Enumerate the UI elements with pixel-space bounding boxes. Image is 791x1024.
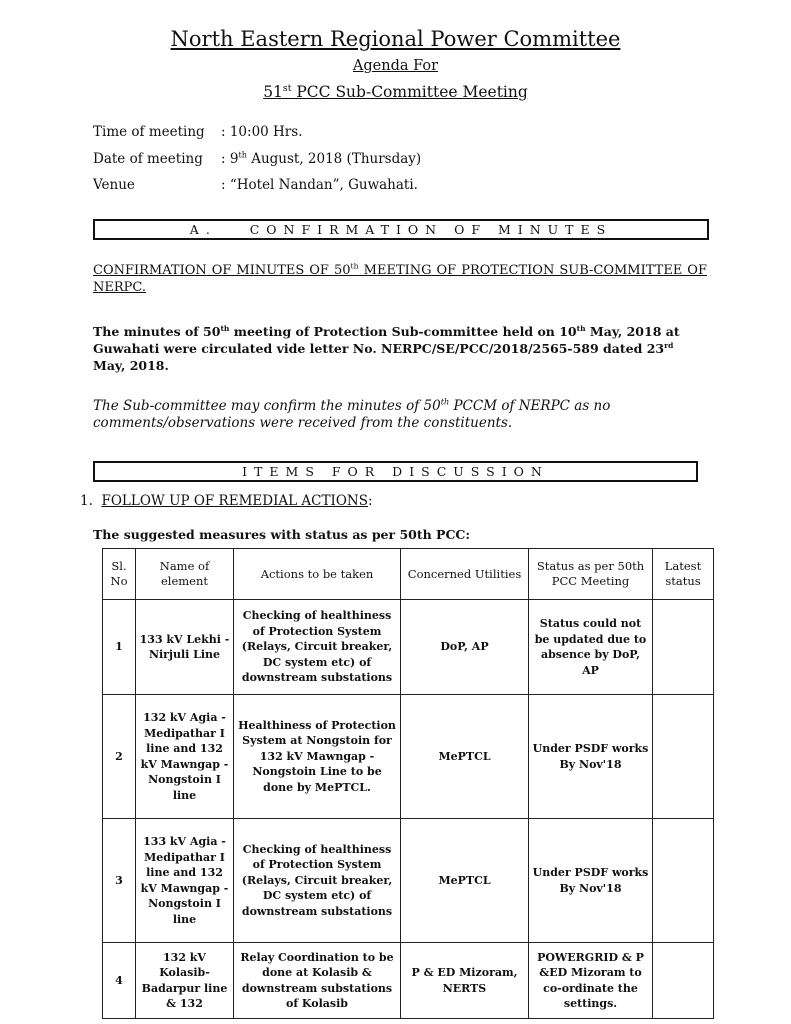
cell-latest <box>653 600 714 695</box>
document-title: North Eastern Regional Power Committee <box>0 26 791 52</box>
cell-utilities: MePTCL <box>401 695 529 819</box>
cell-sl: 1 <box>103 600 136 695</box>
table-row: 3 133 kV Agia - Medipathar I line and 13… <box>103 819 714 943</box>
cell-status: Under PSDF works By Nov'18 <box>529 695 653 819</box>
title-text: North Eastern Regional Power Committee <box>171 27 621 51</box>
header-latest-status: Latest status <box>653 549 714 600</box>
date-rest: August, 2018 (Thursday) <box>247 151 421 167</box>
cell-sl: 2 <box>103 695 136 819</box>
measures-intro: The suggested measures with status as pe… <box>93 526 470 543</box>
item-title: FOLLOW UP OF REMEDIAL ACTIONS <box>101 493 367 509</box>
para-sup-2: th <box>577 324 586 333</box>
items-for-discussion-heading: ITEMS FOR DISCUSSION <box>93 461 698 482</box>
header-actions: Actions to be taken <box>234 549 401 600</box>
meeting-title-text: 51st PCC Sub-Committee Meeting <box>263 83 528 101</box>
confirmation-subheading: CONFIRMATION OF MINUTES OF 50th MEETING … <box>93 262 707 296</box>
remedial-actions-table: Sl. No Name of element Actions to be tak… <box>102 548 714 1019</box>
header-element: Name of element <box>136 549 234 600</box>
time-value: : 10:00 Hrs. <box>221 124 302 140</box>
venue-value: : “Hotel Nandan”, Guwahati. <box>221 177 418 193</box>
para-sup-3: rd <box>664 341 673 350</box>
cell-action: Checking of healthiness of Protection Sy… <box>234 819 401 943</box>
subheading-suffix: th <box>351 262 359 271</box>
meeting-number: 51 <box>263 83 283 101</box>
para-text-4: May, 2018. <box>93 358 169 373</box>
confirmation-note: The Sub-committee may confirm the minute… <box>93 398 707 432</box>
time-label: Time of meeting <box>93 123 221 141</box>
cell-action: Checking of healthiness of Protection Sy… <box>234 600 401 695</box>
header-sl-no: Sl. No <box>103 549 136 600</box>
table-row: 2 132 kV Agia - Medipathar I line and 13… <box>103 695 714 819</box>
table-row: 4 132 kV Kolasib-Badarpur line & 132 Rel… <box>103 943 714 1019</box>
note-text-1: The Sub-committee may confirm the minute… <box>93 398 441 414</box>
cell-sl: 3 <box>103 819 136 943</box>
cell-status: POWERGRID & P &ED Mizoram to co-ordinate… <box>529 943 653 1019</box>
cell-latest <box>653 695 714 819</box>
item-colon: : <box>368 493 373 509</box>
meeting-title: 51st PCC Sub-Committee Meeting <box>0 82 791 102</box>
table-header-row: Sl. No Name of element Actions to be tak… <box>103 549 714 600</box>
item-1-heading: 1. FOLLOW UP OF REMEDIAL ACTIONS: <box>80 492 373 510</box>
date-value: : 9 <box>221 151 238 167</box>
cell-utilities: P & ED Mizoram, NERTS <box>401 943 529 1019</box>
cell-status: Under PSDF works By Nov'18 <box>529 819 653 943</box>
cell-action: Healthiness of Protection System at Nong… <box>234 695 401 819</box>
venue-label: Venue <box>93 176 221 194</box>
meta-date: Date of meeting: 9th August, 2018 (Thurs… <box>93 150 421 168</box>
cell-action: Relay Coordination to be done at Kolasib… <box>234 943 401 1019</box>
note-sup: th <box>441 397 449 407</box>
cell-sl: 4 <box>103 943 136 1019</box>
date-label: Date of meeting <box>93 150 221 168</box>
cell-utilities: MePTCL <box>401 819 529 943</box>
cell-element: 133 kV Lekhi - Nirjuli Line <box>136 600 234 695</box>
agenda-subtitle: Agenda For <box>0 57 791 75</box>
item-number: 1. <box>80 493 93 509</box>
date-suffix: th <box>238 150 246 160</box>
para-text-1: The minutes of 50 <box>93 324 220 339</box>
cell-status: Status could not be updated due to absen… <box>529 600 653 695</box>
table-row: 1 133 kV Lekhi - Nirjuli Line Checking o… <box>103 600 714 695</box>
section-a-heading: A. CONFIRMATION OF MINUTES <box>93 219 709 240</box>
cell-element: 133 kV Agia - Medipathar I line and 132 … <box>136 819 234 943</box>
header-status: Status as per 50th PCC Meeting <box>529 549 653 600</box>
subheading-part1: CONFIRMATION OF MINUTES OF 50 <box>93 263 351 278</box>
meta-venue: Venue: “Hotel Nandan”, Guwahati. <box>93 176 418 194</box>
cell-latest <box>653 819 714 943</box>
confirmation-paragraph: The minutes of 50th meeting of Protectio… <box>93 323 707 374</box>
meta-time: Time of meeting: 10:00 Hrs. <box>93 123 302 141</box>
header-utilities: Concerned Utilities <box>401 549 529 600</box>
cell-element: 132 kV Kolasib-Badarpur line & 132 <box>136 943 234 1019</box>
cell-utilities: DoP, AP <box>401 600 529 695</box>
meeting-title-rest: PCC Sub-Committee Meeting <box>291 83 527 101</box>
cell-element: 132 kV Agia - Medipathar I line and 132 … <box>136 695 234 819</box>
cell-latest <box>653 943 714 1019</box>
para-text-2: meeting of Protection Sub-committee held… <box>229 324 576 339</box>
subtitle-text: Agenda For <box>353 58 438 74</box>
